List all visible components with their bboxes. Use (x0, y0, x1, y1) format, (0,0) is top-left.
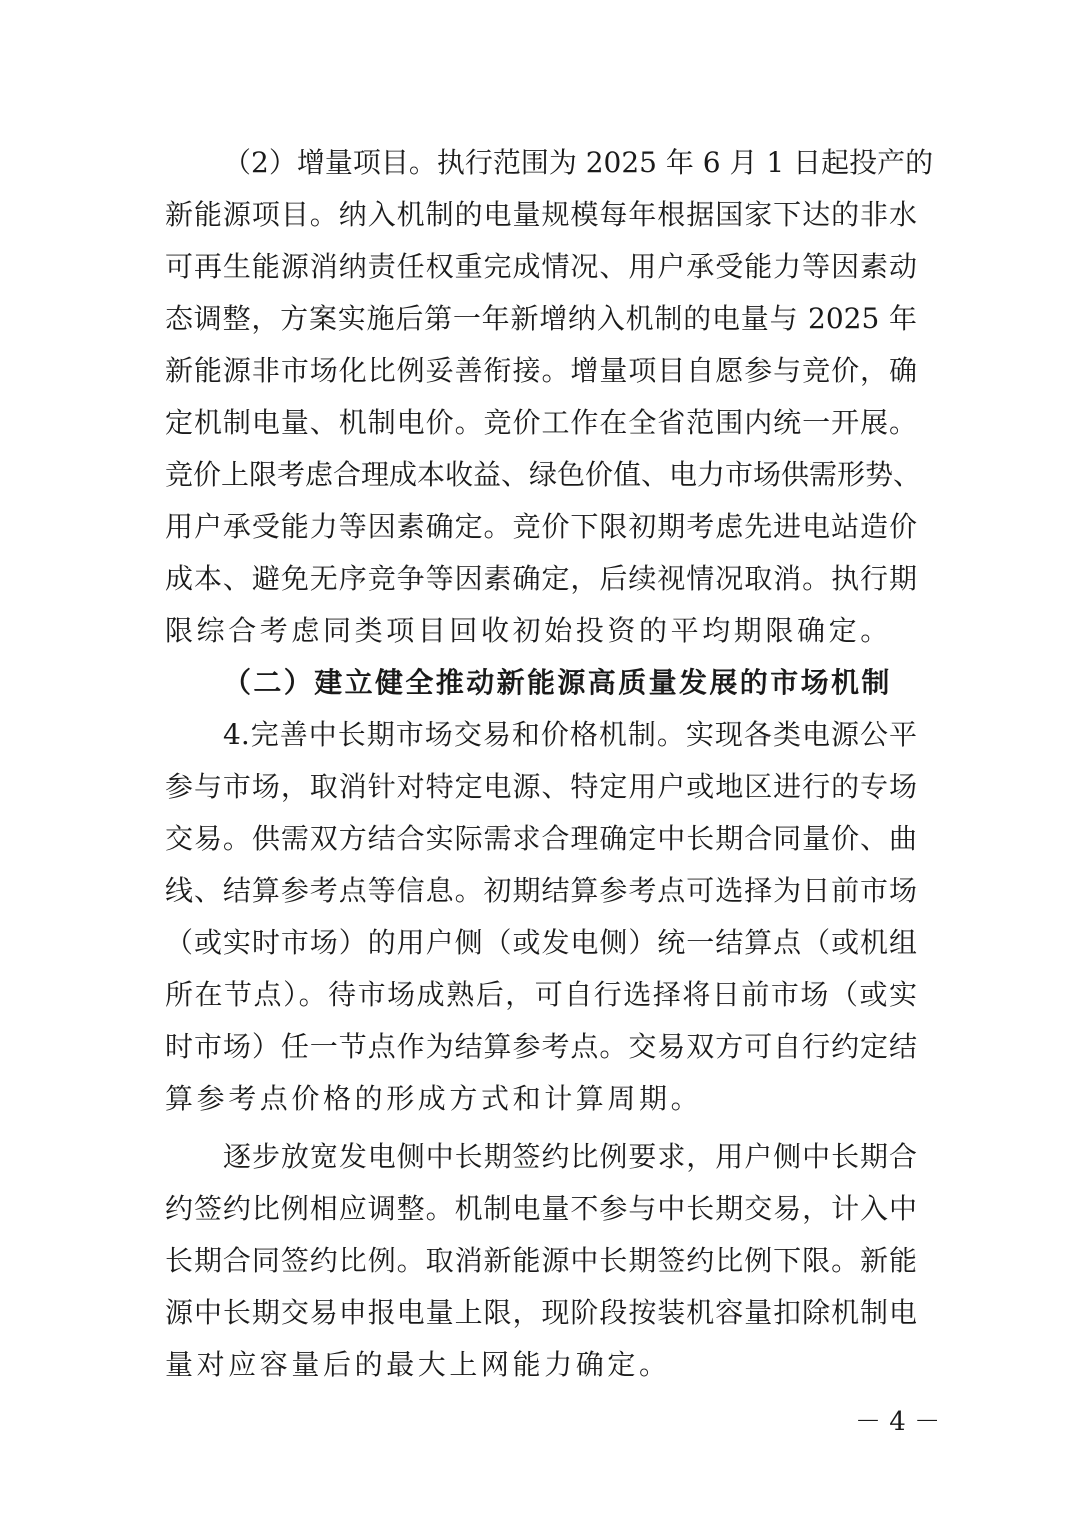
document-body: （2）增量项目。执行范围为 2025 年 6 月 1 日起投产的 新能源项目。纳… (165, 137, 917, 1391)
text-line: 逐步放宽发电侧中长期签约比例要求，用户侧中长期合 (165, 1131, 917, 1183)
text-line: 参与市场，取消针对特定电源、特定用户或地区进行的专场 (165, 761, 917, 813)
text-line: 所在节点）。待市场成熟后，可自行选择将日前市场（或实 (165, 969, 917, 1021)
section-heading-text: （二）建立健全推动新能源高质量发展的市场机制 (165, 657, 917, 709)
text-line: 交易。供需双方结合实际需求合理确定中长期合同量价、曲 (165, 813, 917, 865)
text-line: （2）增量项目。执行范围为 2025 年 6 月 1 日起投产的 (165, 137, 917, 189)
text-line: 可再生能源消纳责任权重完成情况、用户承受能力等因素动 (165, 241, 917, 293)
text-line: 限综合考虑同类项目回收初始投资的平均期限确定。 (165, 605, 917, 657)
text-line: 约签约比例相应调整。机制电量不参与中长期交易，计入中 (165, 1183, 917, 1235)
text-line: 成本、避免无序竞争等因素确定，后续视情况取消。执行期 (165, 553, 917, 605)
text-line: 用户承受能力等因素确定。竞价下限初期考虑先进电站造价 (165, 501, 917, 553)
page-number: － 4 － (855, 1405, 925, 1439)
text-line: 4.完善中长期市场交易和价格机制。实现各类电源公平 (165, 709, 917, 761)
paragraph-incremental-projects: （2）增量项目。执行范围为 2025 年 6 月 1 日起投产的 新能源项目。纳… (165, 137, 917, 657)
text-line: 竞价上限考虑合理成本收益、绿色价值、电力市场供需形势、 (165, 449, 917, 501)
document-page: （2）增量项目。执行范围为 2025 年 6 月 1 日起投产的 新能源项目。纳… (0, 0, 1080, 1527)
text-line: （或实时市场）的用户侧（或发电侧）统一结算点（或机组 (165, 917, 917, 969)
text-line: 新能源项目。纳入机制的电量规模每年根据国家下达的非水 (165, 189, 917, 241)
paragraph-medium-long-term-market: 4.完善中长期市场交易和价格机制。实现各类电源公平 参与市场，取消针对特定电源、… (165, 709, 917, 1125)
text-line: 算参考点价格的形成方式和计算周期。 (165, 1073, 917, 1125)
text-line: 定机制电量、机制电价。竞价工作在全省范围内统一开展。 (165, 397, 917, 449)
text-line: 源中长期交易申报电量上限，现阶段按装机容量扣除机制电 (165, 1287, 917, 1339)
paragraph-signing-ratio: 逐步放宽发电侧中长期签约比例要求，用户侧中长期合 约签约比例相应调整。机制电量不… (165, 1131, 917, 1391)
text-line: 量对应容量后的最大上网能力确定。 (165, 1339, 917, 1391)
text-line: 长期合同签约比例。取消新能源中长期签约比例下限。新能 (165, 1235, 917, 1287)
text-line: 新能源非市场化比例妥善衔接。增量项目自愿参与竞价，确 (165, 345, 917, 397)
text-line: 线、结算参考点等信息。初期结算参考点可选择为日前市场 (165, 865, 917, 917)
section-heading: （二）建立健全推动新能源高质量发展的市场机制 (165, 657, 917, 709)
text-line: 态调整，方案实施后第一年新增纳入机制的电量与 2025 年 (165, 293, 917, 345)
text-line: 时市场）任一节点作为结算参考点。交易双方可自行约定结 (165, 1021, 917, 1073)
